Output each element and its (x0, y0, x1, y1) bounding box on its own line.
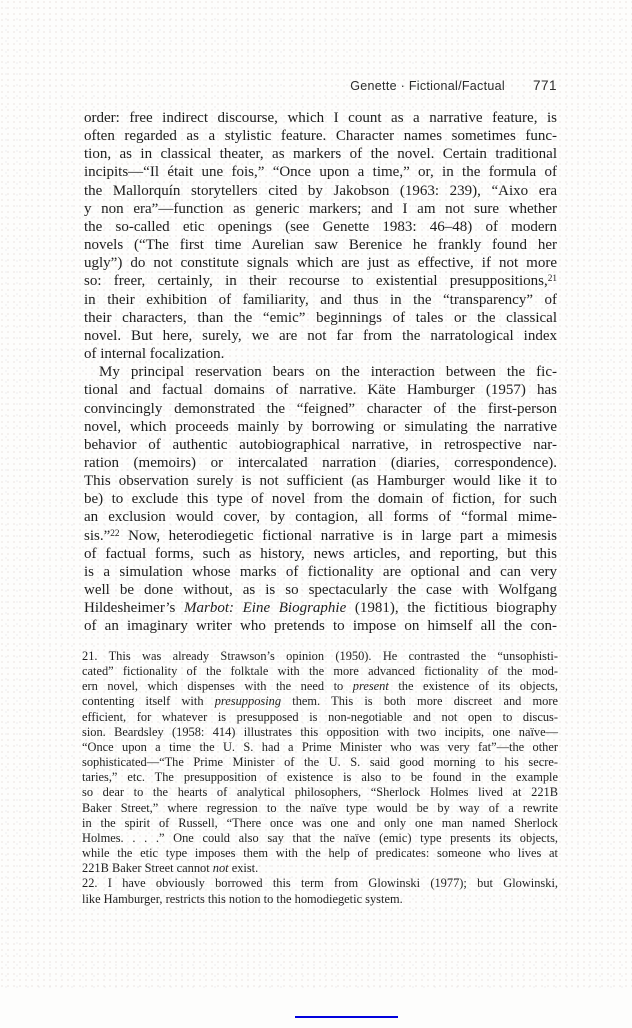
text-line: often regarded as a stylistic feature. C… (84, 127, 557, 145)
text-line: Baker Street,” where regression to the n… (82, 801, 558, 816)
text-line: cated” fictionality of the folktale with… (82, 664, 558, 679)
text-line: novel, which proceeds mainly by borrowin… (84, 418, 557, 436)
text-line: tional and factual domains of narrative.… (84, 381, 557, 399)
text-line: novel. But here, surely, we are not far … (84, 327, 557, 345)
text-line: 22. I have obviously borrowed this term … (82, 876, 558, 891)
text-line: in their exhibition of familiarity, and … (84, 291, 557, 309)
text-line: an exclusion would cover, by contagion, … (84, 508, 557, 526)
text-line: taries,” etc. The presupposition of exis… (82, 770, 558, 785)
body-text: order: free indirect discourse, which I … (84, 109, 557, 636)
text-line: of factual forms, such as history, news … (84, 545, 557, 563)
text-line: be) to exclude this type of novel from t… (84, 490, 557, 508)
text-line: of an imaginary writer who pretends to i… (84, 617, 557, 635)
text-line: order: free indirect discourse, which I … (84, 109, 557, 127)
text-line: behavior of authentic autobiographical n… (84, 436, 557, 454)
footnote-ref-superscript: 22 (110, 528, 119, 538)
text-line: 21. This was already Strawson’s opinion … (82, 649, 558, 664)
text-line: contenting itself with presupposing them… (82, 694, 558, 709)
text-line: ern novel, which dispenses with the need… (82, 679, 558, 694)
text-line: in the spirit of Russell, “There once wa… (82, 816, 558, 831)
running-header: Genette · Fictional/Factual771 (84, 78, 557, 93)
text-line: so dear to the hearts of analytical phil… (82, 785, 558, 800)
text-line: 221B Baker Street cannot not exist. (82, 861, 558, 876)
text-line: Holmes. . . .” One could also say that t… (82, 831, 558, 846)
page-number: 771 (533, 78, 557, 93)
text-line: the so-called etic openings (see Genette… (84, 218, 557, 236)
text-line: their characters, than the “emic” beginn… (84, 309, 557, 327)
text-line: novels (“The first time Aurelian saw Ber… (84, 236, 557, 254)
text-line: sis.”22 Now, heterodiegetic fictional na… (84, 527, 557, 545)
text-line: ugly”) do not constitute signals which a… (84, 254, 557, 272)
text-line: sion. Beardsley (1958: 414) illustrates … (82, 725, 558, 740)
text-line: This observation surely is not sufficien… (84, 472, 557, 490)
text-line: ration (memoirs) or intercalated narrati… (84, 454, 557, 472)
text-line: while the etic type imposes them with th… (82, 846, 558, 861)
text-line: so: freer, certainly, in their recourse … (84, 272, 557, 290)
text-line: is a simulation whose marks of fictional… (84, 563, 557, 581)
text-line: convincingly demonstrated the “feigned” … (84, 400, 557, 418)
text-line: well be done without, as is so spectacul… (84, 581, 557, 599)
text-line: “Once upon a time the U. S. had a Prime … (82, 740, 558, 755)
text-line: incipits—“Il était une fois,” “Once upon… (84, 163, 557, 181)
running-title: Genette · Fictional/Factual (350, 79, 505, 93)
footnote-section: 21. This was already Strawson’s opinion … (82, 649, 558, 907)
text-line: My principal reservation bears on the in… (84, 363, 557, 381)
text-line: tion, as in classical theater, as marker… (84, 145, 557, 163)
text-line: y non era”—function as generic markers; … (84, 200, 557, 218)
text-line: sophisticated—“The Prime Minister of the… (82, 755, 558, 770)
footer-blue-line (295, 1016, 398, 1018)
scanned-page: Genette · Fictional/Factual771 order: fr… (0, 0, 632, 1028)
text-line: like Hamburger, restricts this notion to… (82, 892, 558, 907)
text-line: Hildesheimer’s Marbot: Eine Biographie (… (84, 599, 557, 617)
text-line: the Mallorquín storytellers cited by Jak… (84, 182, 557, 200)
footnote-ref-superscript: 21 (548, 274, 557, 284)
text-line: of internal focalization. (84, 345, 557, 363)
text-line: efficient, for whatever is presupposed i… (82, 710, 558, 725)
